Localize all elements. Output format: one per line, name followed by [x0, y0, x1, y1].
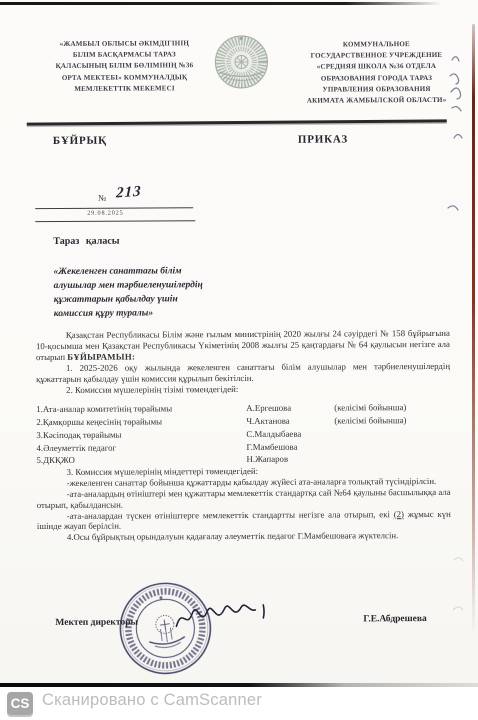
member-name: Н.Жапаров [246, 453, 334, 466]
order-date: 29.08.2025 [87, 210, 123, 217]
member-name: А.Ергешова [246, 402, 334, 415]
member-note [334, 427, 450, 440]
section-3-bullet-2: -ата-аналардың өтініштері мен құжаттары … [37, 487, 451, 511]
director-signature [173, 598, 273, 637]
camscanner-logo-icon: CS [7, 692, 33, 715]
member-name: Г.Мамбешова [246, 440, 334, 453]
letterhead-divider [27, 119, 447, 125]
order-heading-russian: ПРИКАЗ [298, 133, 348, 145]
signature-role-label: Мектеп директоры [55, 618, 138, 628]
preamble-paragraph: Қазақстан Республикасы Білім және ғылым … [36, 328, 450, 363]
member-position: 3.Кәсіподақ төрайымы [36, 428, 246, 442]
order-subject: «Жекеленген санаттағы білім алушылар мен… [53, 264, 263, 321]
date-underline [35, 220, 195, 222]
member-name: Ч.Актанова [246, 415, 334, 428]
org-name-kazakh: «ЖАМБЫЛ ОБЛЫСЫ ӘКІМДІГІНІҢ БІЛІМ БАСҚАРМ… [34, 38, 214, 95]
item-2-paragraph: 2. Комиссия мүшелерінің тізімі төмендегі… [36, 382, 450, 395]
order-number-label: № [98, 193, 106, 203]
kazakhstan-coat-of-arms-icon [210, 31, 272, 93]
commission-members-list: 1.Ата-аналар комитетінің төрайымы А.Ерге… [36, 401, 450, 467]
camscanner-watermark-bar: CS Сканировано с CamScanner [0, 687, 478, 720]
order-city: Тараз қаласы [53, 236, 119, 247]
document-content: «ЖАМБЫЛ ОБЛЫСЫ ӘКІМДІГІНІҢ БІЛІМ БАСҚАРМ… [0, 0, 478, 720]
item-1-paragraph: 1. 2025-2026 оқу жылында жекеленген сана… [36, 361, 450, 385]
member-note: (келісімі бойынша) [334, 401, 450, 414]
member-position: 4.Әлеуметтік педагог [36, 441, 246, 455]
section-3-bullet-3: -ата-аналардан түскен өтініштерге мемлек… [37, 508, 451, 532]
member-position: 1.Ата-аналар комитетінің төрайымы [36, 402, 246, 416]
resolve-word: БҰЙЫРАМЫН: [67, 351, 135, 361]
member-position: 5.ДКҚЖО [36, 453, 246, 467]
order-body: Қазақстан Республикасы Білім және ғылым … [36, 328, 451, 543]
order-heading-kazakh: БҰЙРЫҚ [53, 135, 107, 147]
scanned-document-page: «ЖАМБЫЛ ОБЛЫСЫ ӘКІМДІГІНІҢ БІЛІМ БАСҚАРМ… [0, 0, 478, 720]
member-position: 2.Қамқоршы кеңесінің төрайымы [36, 415, 246, 429]
section-4-paragraph: 4.Осы бұйрықтың орындалуын қадағалау әле… [37, 530, 451, 543]
camscanner-watermark-text: Сканировано с CamScanner [42, 691, 262, 710]
member-name: С.Малдыбаева [246, 427, 334, 440]
org-name-russian: КОММУНАЛЬНОЕ ГОСУДАРСТВЕННОЕ УЧРЕЖДЕНИЕ … [296, 39, 456, 107]
member-note [334, 439, 450, 452]
member-note [334, 452, 450, 465]
member-note: (келісімі бойынша) [334, 414, 450, 427]
order-number-handwritten: 213 [116, 184, 142, 203]
signature-director-name: Г.Е.Абдрешева [363, 614, 426, 624]
underlined-number: (2) [394, 509, 404, 519]
